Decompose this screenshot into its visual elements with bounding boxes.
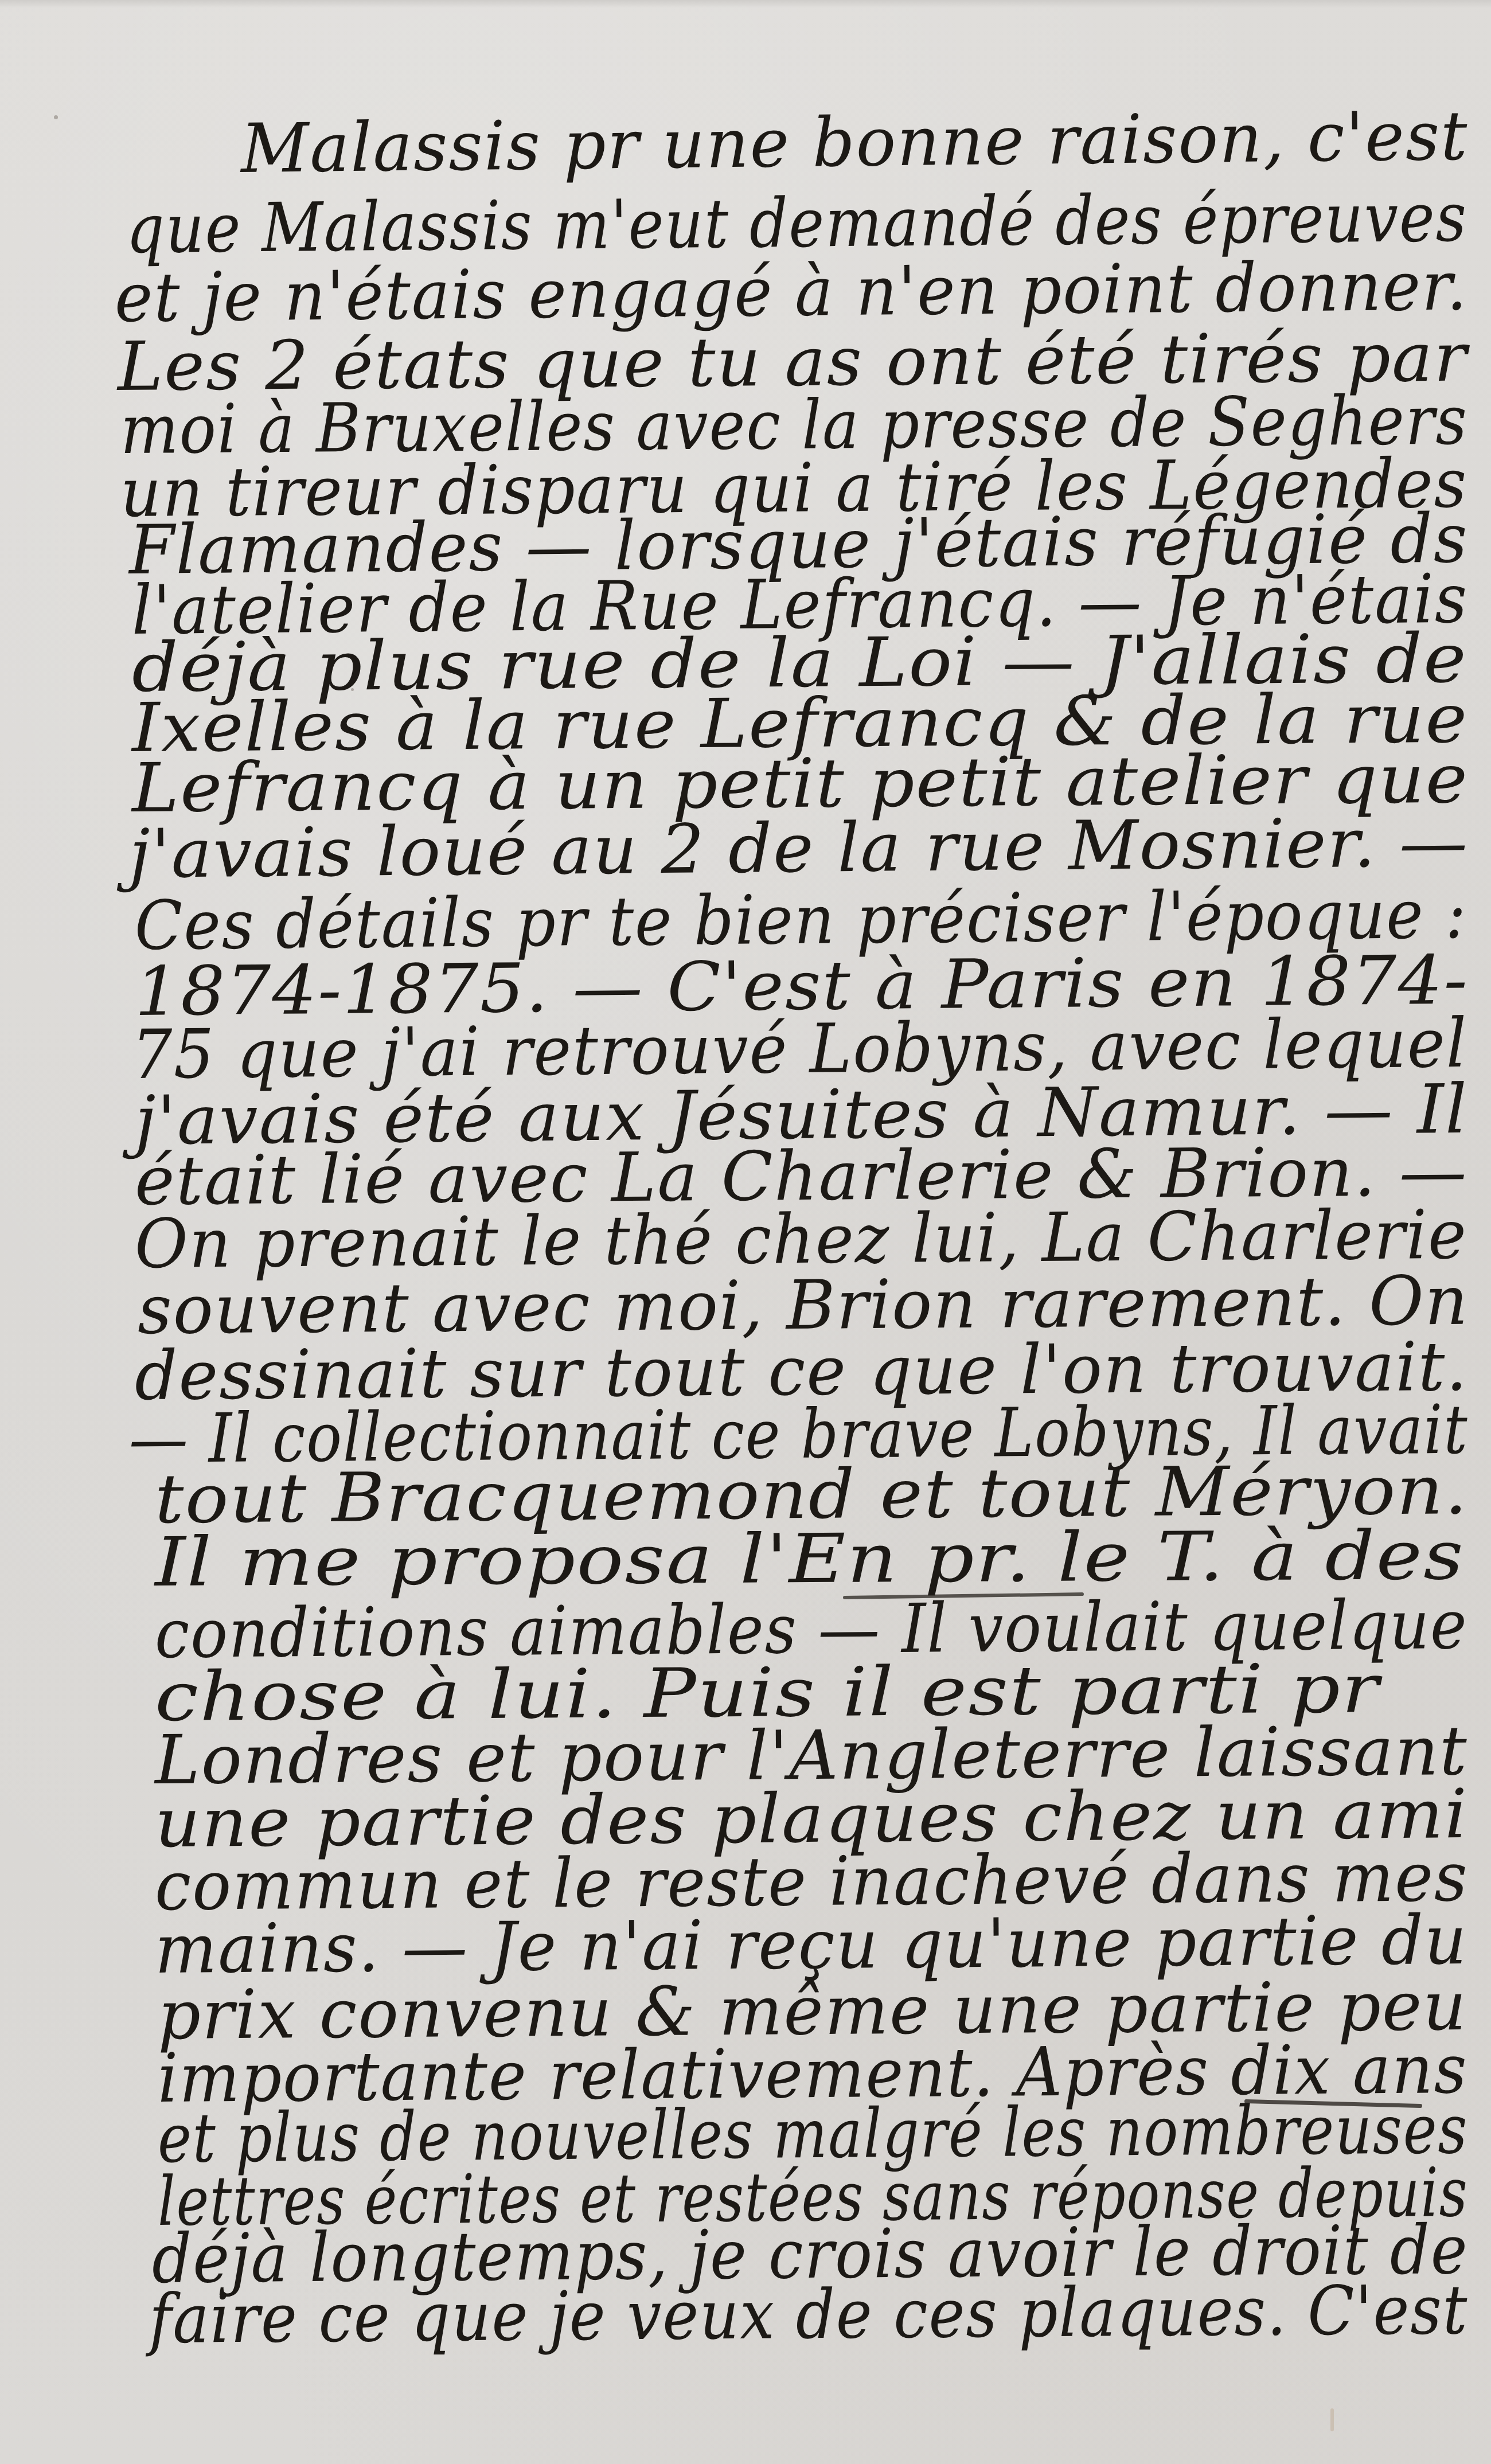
letter-line: Malassis pr une bonne raison, c'est <box>240 102 1469 182</box>
paper-speck <box>351 688 354 691</box>
page-top-edge <box>0 0 1491 8</box>
letter-line: Il me proposa l'En pr. le T. à des <box>155 1521 1465 1596</box>
paper-stain <box>1330 2408 1334 2431</box>
letter-page: Malassis pr une bonne raison, c'est que … <box>0 0 1491 2464</box>
letter-line: faire ce que je veux de ces plaques. C'e… <box>149 2276 1469 2353</box>
paper-speck <box>54 115 58 119</box>
